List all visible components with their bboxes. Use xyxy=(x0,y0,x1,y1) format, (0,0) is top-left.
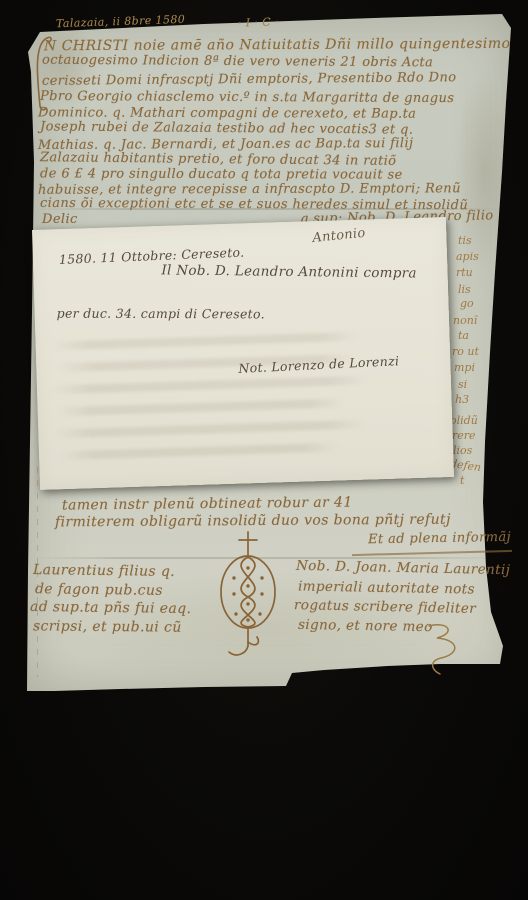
margin-fragment: mpi xyxy=(454,361,475,374)
margin-fragment: lios xyxy=(453,444,472,457)
margin-fragment: ta xyxy=(458,329,469,342)
manuscript-line: tamen instr plenũ obtineat robur ar 41 xyxy=(62,494,353,513)
subscription-line: ad sup.ta pñs fui eaq. xyxy=(30,599,192,617)
manuscript-line: octauogesimo Indicion 8ª die vero veneri… xyxy=(42,53,433,71)
subscription-line: scripsi, et pub.ui cũ xyxy=(33,618,182,635)
margin-fragment: tis xyxy=(458,234,472,247)
header-mark: · I · C · xyxy=(238,15,279,29)
margin-fragment: go xyxy=(460,297,474,310)
slip-signature: Antonio xyxy=(312,226,367,246)
margin-fragment: rtu xyxy=(456,266,473,279)
showthrough-line xyxy=(56,398,346,416)
margin-fragment: h3 xyxy=(455,393,469,406)
paraph-flourish-icon xyxy=(415,620,475,678)
subscription-line: signo, et nore meo xyxy=(298,617,433,635)
subscription-line: imperiali autoritate nots xyxy=(298,578,475,597)
manuscript-line-partial: Delic xyxy=(42,212,78,227)
subscription-line: de fagon pub.cus xyxy=(35,581,163,599)
showthrough-line xyxy=(59,442,339,460)
manuscript-line: Pbro Georgio chiasclemo vic.º in s.ta Ma… xyxy=(40,89,454,106)
margin-fragment: apis xyxy=(456,250,479,263)
notary-sign-icon xyxy=(206,528,290,660)
slip-price-line: per duc. 34. campi di Cereseto. xyxy=(57,306,265,322)
photograph: Talazaia, ii 8bre 1580 · I · C · N CHRIS… xyxy=(0,0,528,900)
showthrough-line xyxy=(52,420,367,439)
subscription-line: Laurentius filius q. xyxy=(33,562,175,580)
slip-purchase-line: Il Nob. D. Leandro Antonini compra xyxy=(161,262,417,281)
archival-slip: 1580. 11 Ottobre: Cereseto. Antonio Il N… xyxy=(32,217,454,490)
manuscript-line: de 6 £ 4 pro singullo ducato q tota pret… xyxy=(40,166,403,182)
margin-fragment: olidũ xyxy=(450,414,478,427)
margin-fragment: ro ut xyxy=(452,345,479,358)
margin-fragment: lis xyxy=(458,283,471,296)
margin-fragment: rere xyxy=(452,429,476,442)
showthrough-line xyxy=(49,375,369,394)
manuscript-line: Et ad plena informãj xyxy=(368,530,511,547)
margin-fragment: nonĩ xyxy=(453,314,477,327)
margin-fragment: t xyxy=(460,474,464,487)
margin-fragment: si xyxy=(458,378,467,391)
manuscript-line: N CHRISTI noie amē año Natiuitatis Dñi m… xyxy=(44,36,511,54)
showthrough-line xyxy=(51,332,361,351)
